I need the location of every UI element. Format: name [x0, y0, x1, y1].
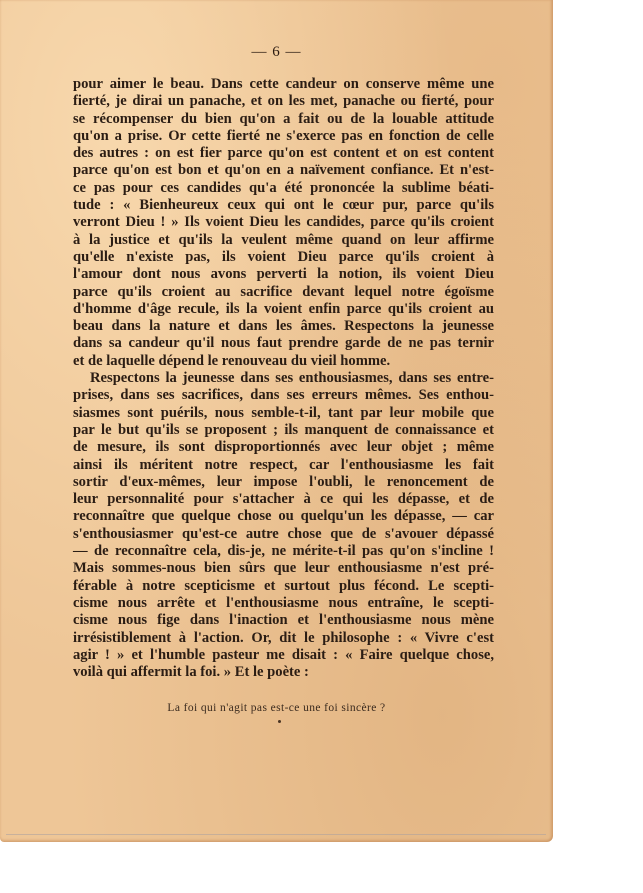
ink-mark [278, 720, 281, 723]
text-line: voilà qui affermit la foi. » Et le poète… [73, 664, 494, 681]
text-line: Mais sommes-nous bien sûrs que leur enth… [73, 560, 494, 577]
text-line: férable à notre scepticisme et surtout p… [73, 578, 494, 595]
text-line: pour aimer le beau. Dans cette candeur o… [73, 76, 494, 93]
text-line: qu'elle n'existe pas, ils voient Dieu pa… [73, 249, 494, 266]
text-line: cisme nous fige dans l'inaction et l'ent… [73, 612, 494, 629]
text-line: agir ! » et l'humble pasteur me disait :… [73, 647, 494, 664]
page-number: — 6 — [0, 44, 553, 61]
paragraph-1: pour aimer le beau. Dans cette candeur o… [73, 76, 494, 370]
text-line: de mesure, ils sont disproportionnés ave… [73, 439, 494, 456]
text-line: dans sa candeur qu'il nous faut prendre … [73, 335, 494, 352]
page-fold-line [6, 834, 546, 835]
text-line: parce qu'ils croient au sacrifice devant… [73, 284, 494, 301]
text-line: d'homme d'âge recule, ils la voient enfi… [73, 301, 494, 318]
text-line: par le but qu'ils se proposent ; ils man… [73, 422, 494, 439]
verse-quotation: La foi qui n'agit pas est-ce une foi sin… [0, 702, 553, 714]
body-text: pour aimer le beau. Dans cette candeur o… [73, 76, 494, 681]
text-line: cisme nous arrête et l'enthousiasme nous… [73, 595, 494, 612]
text-line: — de reconnaître cela, dis-je, ne mérite… [73, 543, 494, 560]
text-line: à la justice et qu'ils la veulent même q… [73, 232, 494, 249]
text-line: verront Dieu ! » Ils voient Dieu les can… [73, 214, 494, 231]
text-line: beau dans la nature et dans les âmes. Re… [73, 318, 494, 335]
text-line: s'enthousiasmer qu'est-ce autre chose qu… [73, 526, 494, 543]
paragraph-2: Respectons la jeunesse dans ses enthousi… [73, 370, 494, 681]
text-line: se récompenser du bien qu'on a fait ou d… [73, 111, 494, 128]
text-line: prises, dans ses sacrifices, dans ses er… [73, 387, 494, 404]
text-line: des autres : on est fier parce qu'on est… [73, 145, 494, 162]
scanned-page: — 6 — pour aimer le beau. Dans cette can… [0, 0, 553, 842]
text-line: et de laquelle dépend le renouveau du vi… [73, 353, 494, 370]
text-line: irrésistiblement à l'action. Or, dit le … [73, 630, 494, 647]
text-line: siasmes sont puérils, nous semble-t-il, … [73, 405, 494, 422]
text-line: qu'on a prise. Or cette fierté ne s'exer… [73, 128, 494, 145]
text-line: tude : « Bienheureux ceux qui ont le cœu… [73, 197, 494, 214]
text-line: leur personnalité pour s'attacher à ce q… [73, 491, 494, 508]
text-line: ainsi ils méritent notre respect, car l'… [73, 457, 494, 474]
text-line: l'amour dont nous avons perverti la noti… [73, 266, 494, 283]
text-line: fierté, je dirai un panache, et on les m… [73, 93, 494, 110]
text-line: Respectons la jeunesse dans ses enthousi… [73, 370, 494, 387]
text-line: sortir d'eux-mêmes, leur impose l'oubli,… [73, 474, 494, 491]
text-line: reconnaître que quelque chose ou quelqu'… [73, 508, 494, 525]
text-line: ce pas pour ces candides qu'a été pronon… [73, 180, 494, 197]
text-line: parce qu'on est bon et qu'on en a naïvem… [73, 162, 494, 179]
